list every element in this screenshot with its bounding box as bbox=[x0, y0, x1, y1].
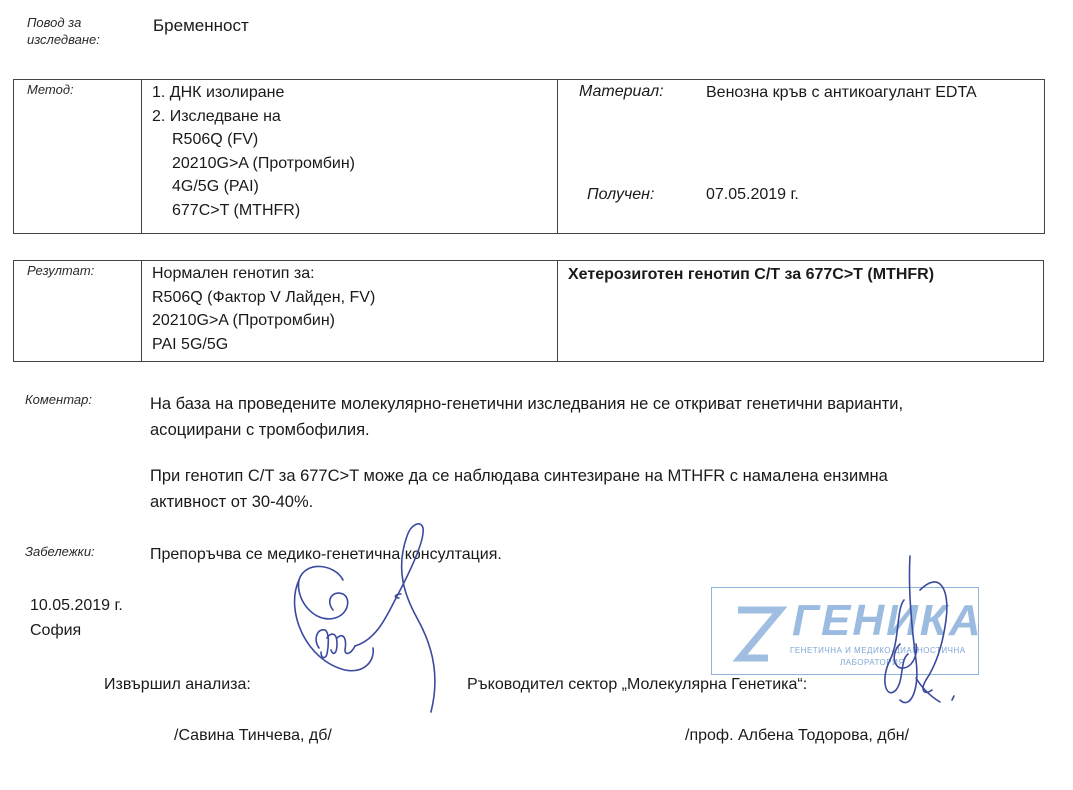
result-normal-list: Нормален генотип за: R506Q (Фактор V Лай… bbox=[152, 262, 375, 356]
result-line: R506Q (Фактор V Лайден, FV) bbox=[152, 286, 375, 310]
material-label: Материал: bbox=[579, 83, 664, 101]
method-test: 677C>T (MTHFR) bbox=[152, 199, 355, 223]
result-line: 20210G>A (Протромбин) bbox=[152, 309, 375, 333]
result-table-divider-2 bbox=[557, 260, 558, 362]
comment-p1-line1: На база на проведените молекулярно-генет… bbox=[150, 391, 1070, 417]
method-step: 2. Изследване на bbox=[152, 105, 355, 129]
method-label: Метод: bbox=[27, 81, 74, 98]
result-line: Нормален генотип за: bbox=[152, 262, 375, 286]
stamp-z-logo-icon bbox=[718, 588, 788, 672]
analyst-name: /Савина Тинчева, дб/ bbox=[174, 724, 332, 748]
analyst-signature-icon bbox=[255, 520, 455, 720]
report-date: 10.05.2019 г. bbox=[30, 594, 123, 618]
head-name: /проф. Албена Тодорова, дбн/ bbox=[685, 724, 909, 748]
material-value: Венозна кръв с антикоагулант EDTA bbox=[706, 81, 977, 105]
reason-label-line1: Повод за bbox=[27, 14, 100, 31]
method-table-divider-1 bbox=[141, 79, 142, 234]
received-value: 07.05.2019 г. bbox=[706, 183, 799, 207]
received-label: Получен: bbox=[587, 186, 654, 204]
method-test: 20210G>A (Протромбин) bbox=[152, 152, 355, 176]
notes-label: Забележки: bbox=[25, 543, 95, 560]
analyst-label: Извършил анализа: bbox=[104, 673, 251, 697]
head-label: Ръководител сектор „Молекулярна Генетика… bbox=[467, 673, 807, 697]
reason-label-line2: изследване: bbox=[27, 31, 100, 48]
comment-p1-line2: асоциирани с тромбофилия. bbox=[150, 417, 1070, 443]
head-signature-icon bbox=[860, 550, 960, 730]
report-city: София bbox=[30, 619, 81, 643]
result-table-divider-1 bbox=[141, 260, 142, 362]
reason-label: Повод за изследване: bbox=[27, 14, 100, 48]
comment-label: Коментар: bbox=[25, 391, 92, 408]
result-line: PAI 5G/5G bbox=[152, 333, 375, 357]
method-table-divider-2 bbox=[557, 79, 558, 234]
comment-p2-line2: активност от 30-40%. bbox=[150, 489, 1070, 515]
comment-body: На база на проведените молекулярно-генет… bbox=[150, 391, 1070, 515]
method-step: 1. ДНК изолиране bbox=[152, 81, 355, 105]
result-label: Резултат: bbox=[27, 262, 94, 279]
method-test: R506Q (FV) bbox=[152, 128, 355, 152]
result-finding: Хетерозиготен генотип C/T за 677C>T (MTH… bbox=[568, 263, 934, 287]
method-steps: 1. ДНК изолиране 2. Изследване на R506Q … bbox=[152, 81, 355, 222]
method-test: 4G/5G (PAI) bbox=[152, 175, 355, 199]
reason-value: Бременност bbox=[153, 14, 249, 38]
comment-p2-line1: При генотип C/T за 677C>T може да се наб… bbox=[150, 463, 1070, 489]
